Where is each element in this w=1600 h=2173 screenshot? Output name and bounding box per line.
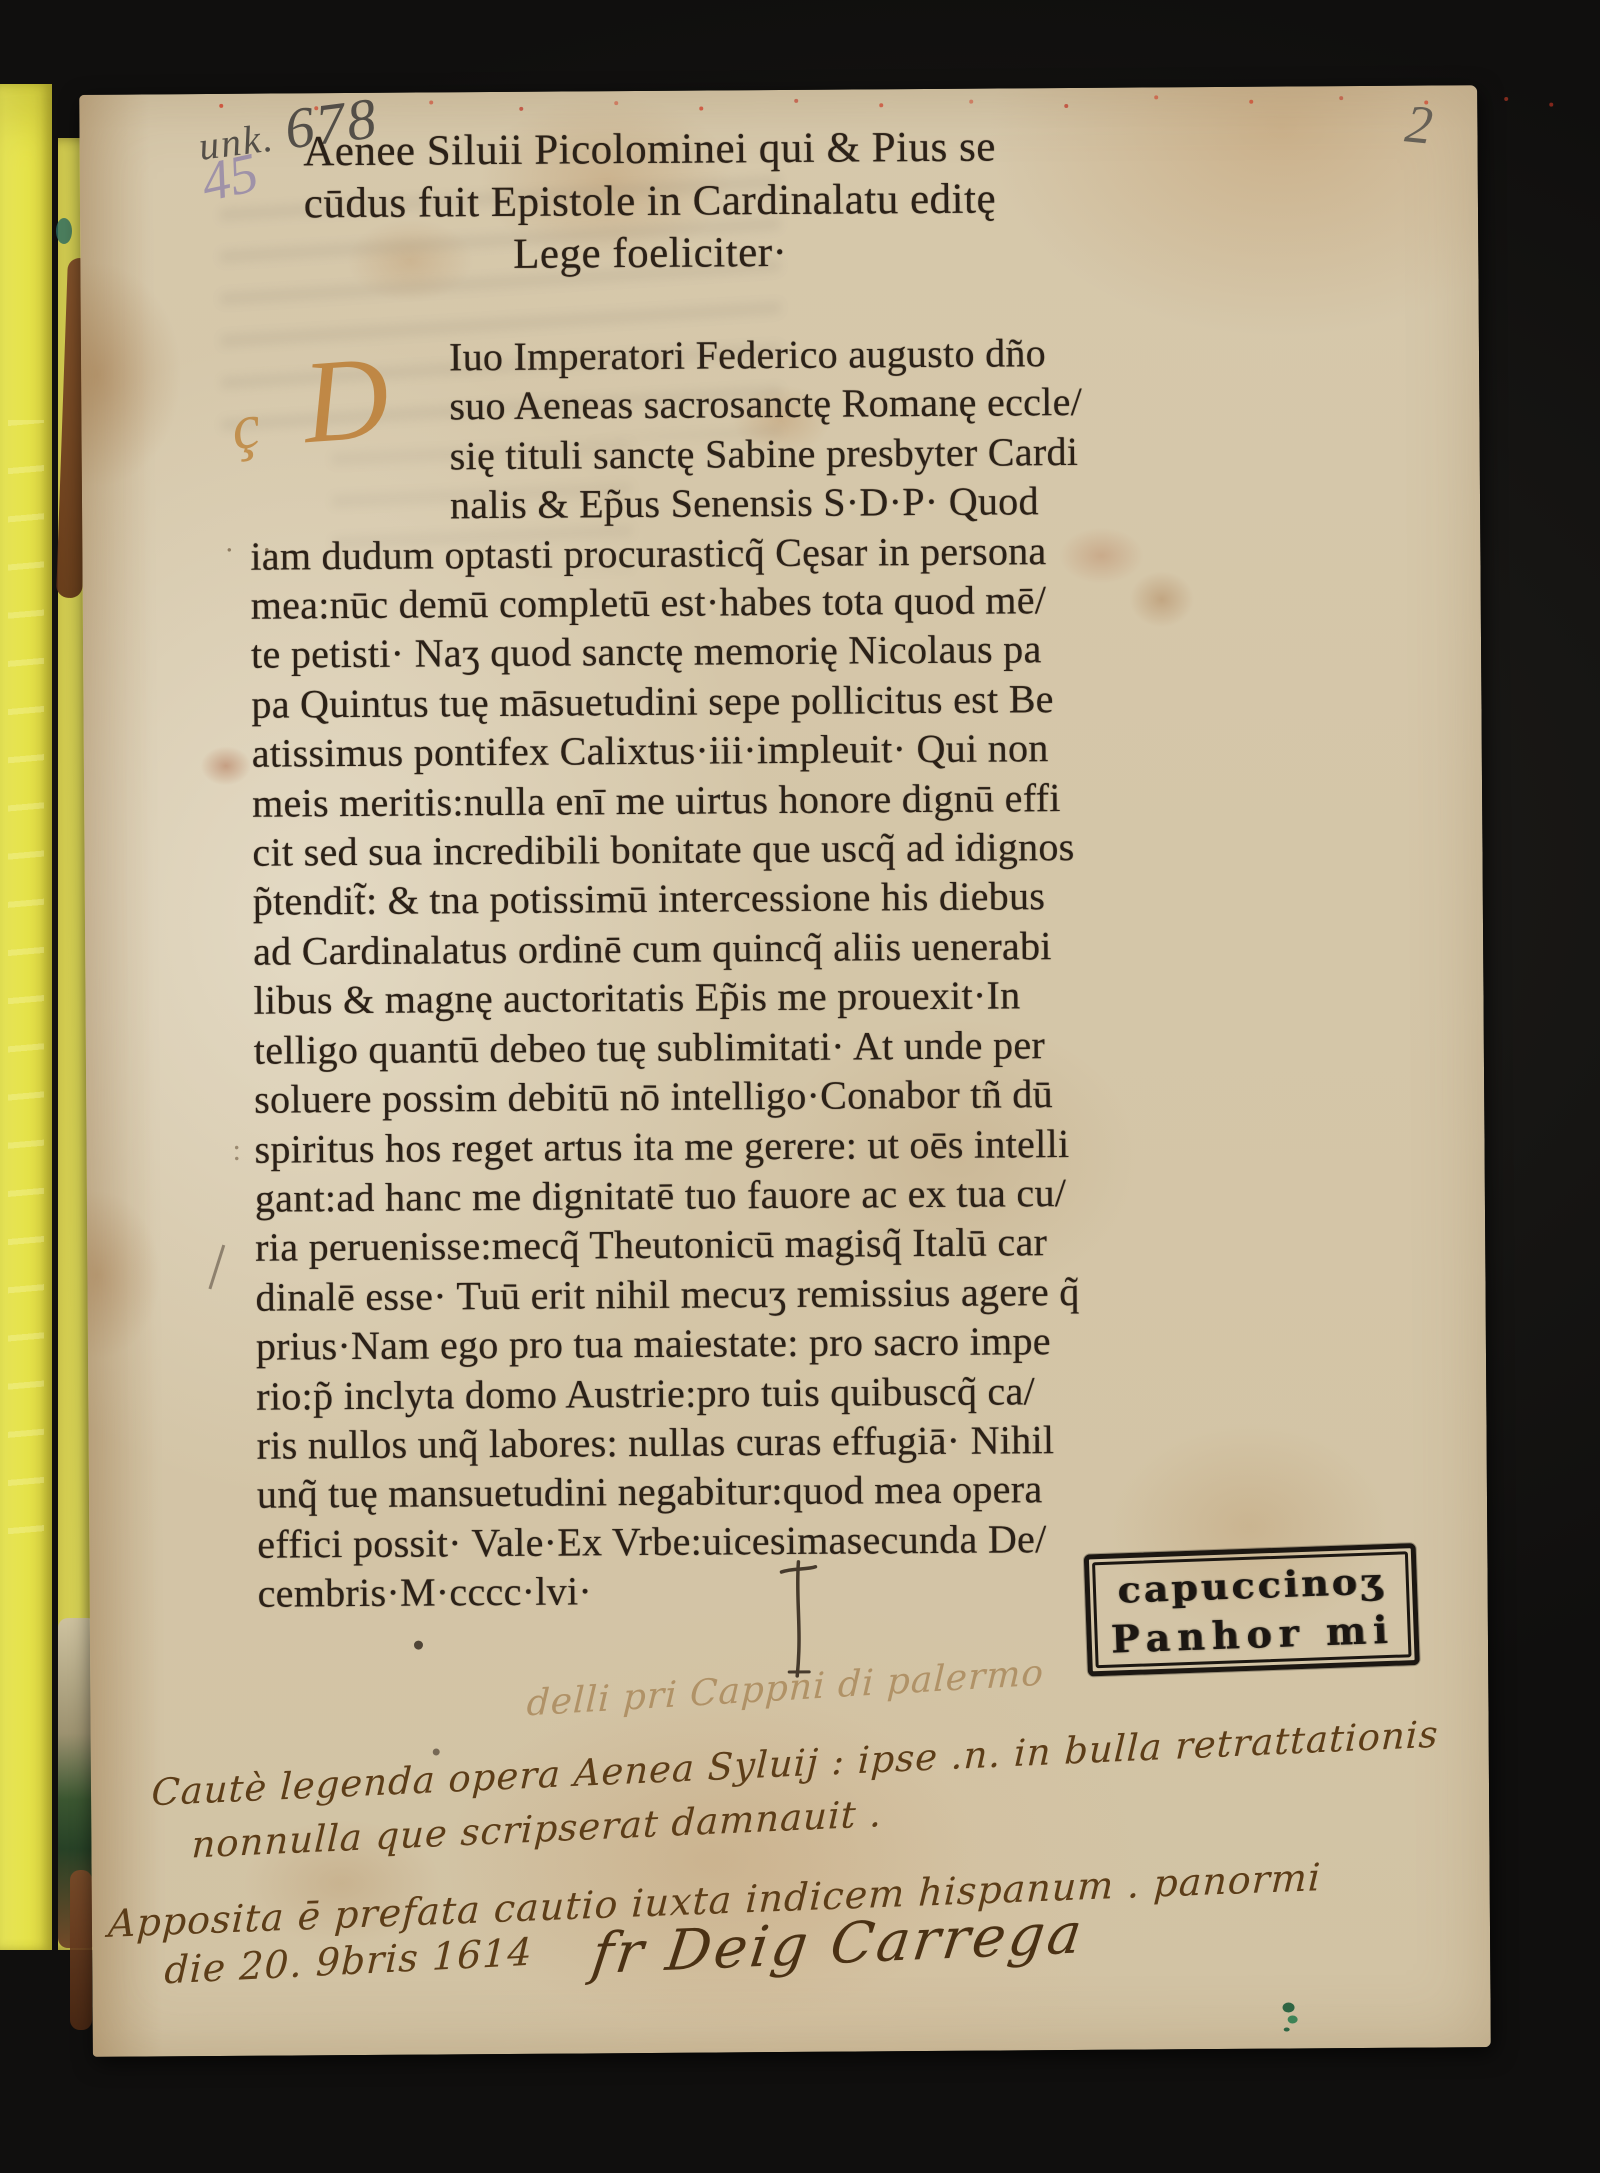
letter-line: cembris·M·cccc·lvi· [257, 1562, 1217, 1618]
photograph-background: unk. 678 45 2 Aenee Siluii Picolominei q… [0, 0, 1600, 2173]
letter-line: rio:p̃ inclyta domo Austrie:pro tuis qui… [256, 1365, 1216, 1421]
ink-spot [414, 1641, 423, 1650]
letter-line: nalis & Ep̃us Senensis S·D·P· Quod [250, 475, 1210, 531]
book-page: unk. 678 45 2 Aenee Siluii Picolominei q… [79, 85, 1491, 2057]
letter-line: spiritus hos reget artus ita me gerere: … [254, 1118, 1214, 1174]
margin-stroke [208, 1245, 225, 1290]
letter-line: iam dudum optasti procurasticq̃ Cęsar in… [250, 525, 1210, 581]
stamp-line: capuccinoʒ [1117, 1560, 1386, 1612]
letter-line: libus & magnę auctoritatis Ep̃is me prou… [253, 969, 1213, 1025]
letter-line: p̃tendit̃: & tna potissimū intercessione… [253, 870, 1213, 926]
letter-line: telligo quantū debeo tuę sublimitati· At… [254, 1019, 1214, 1075]
library-stamp: capuccinoʒ Panhor mi [1084, 1543, 1420, 1677]
printed-title: Aenee Siluii Picolominei qui & Pius se c… [199, 121, 1100, 283]
letter-line: ad Cardinalatus ordinē cum quincq̃ aliis… [253, 920, 1213, 976]
letter-line: pa Quintus tuę māsuetudini sepe pollicit… [251, 673, 1211, 729]
letter-line: Iuo Imperatori Federico augusto dño [249, 327, 1209, 383]
ink-spot [433, 1748, 440, 1755]
letter-line: atissimus pontifex Calixtus·iii·impleuit… [252, 722, 1212, 778]
letter-line: ris nullos unq̃ labores: nullas curas ef… [256, 1414, 1216, 1470]
letter-line: prius·Nam ego pro tua maiestate: pro sac… [256, 1315, 1216, 1371]
sewing-thread-brown [70, 1870, 92, 2030]
letter-line: soluere possim debitū nō intelligo·Conab… [254, 1068, 1214, 1124]
letter-line: unq̃ tuę mansuetudini negabitur:quod mea… [257, 1463, 1217, 1519]
letter-line: meis meritis:nulla enī me uirtus honore … [252, 772, 1212, 828]
letter-line: mea:nūc demū completū est·habes tota quo… [251, 574, 1211, 630]
letter-line: ria peruenisse:mecq̃ Theutonicū magisq̃ … [255, 1216, 1215, 1272]
letter-line: effici possit· Vale·Ex Vrbe:uicesimasecu… [257, 1513, 1217, 1569]
letter-line: dinalē esse· Tuū erit nihil mecuʒ remiss… [255, 1266, 1215, 1322]
green-pigment-spot [1283, 2002, 1295, 2012]
margin-mark: : [232, 1134, 241, 1168]
letter-line: cit sed sua incredibili bonitate que usc… [252, 821, 1212, 877]
yellow-endpaper-strip [0, 84, 52, 1950]
library-stamp-text: capuccinoʒ Panhor mi [1099, 1555, 1404, 1665]
stamp-line: Panhor mi [1110, 1606, 1395, 1661]
title-line: Lege foeliciter· [200, 225, 1100, 283]
sewing-thread-teal [56, 218, 72, 244]
title-line: cūdus fuit Epistole in Cardinalatu editę [200, 173, 1100, 231]
title-line: Aenee Siluii Picolominei qui & Pius se [199, 121, 1099, 179]
letter-line: się tituli sanctę Sabine presbyter Cardi [250, 426, 1210, 482]
folio-number: 2 [1402, 92, 1435, 156]
letter-line: te petisti· Naʒ quod sanctę memorię Nico… [251, 623, 1211, 679]
letter-line: gant:ad hanc me dignitatē tuo fauore ac … [255, 1167, 1215, 1223]
letter-line: suo Aeneas sacrosanctę Romanę eccle/ [249, 376, 1209, 432]
printed-letter-text: Iuo Imperatori Federico augusto dño suo … [249, 327, 1218, 1618]
